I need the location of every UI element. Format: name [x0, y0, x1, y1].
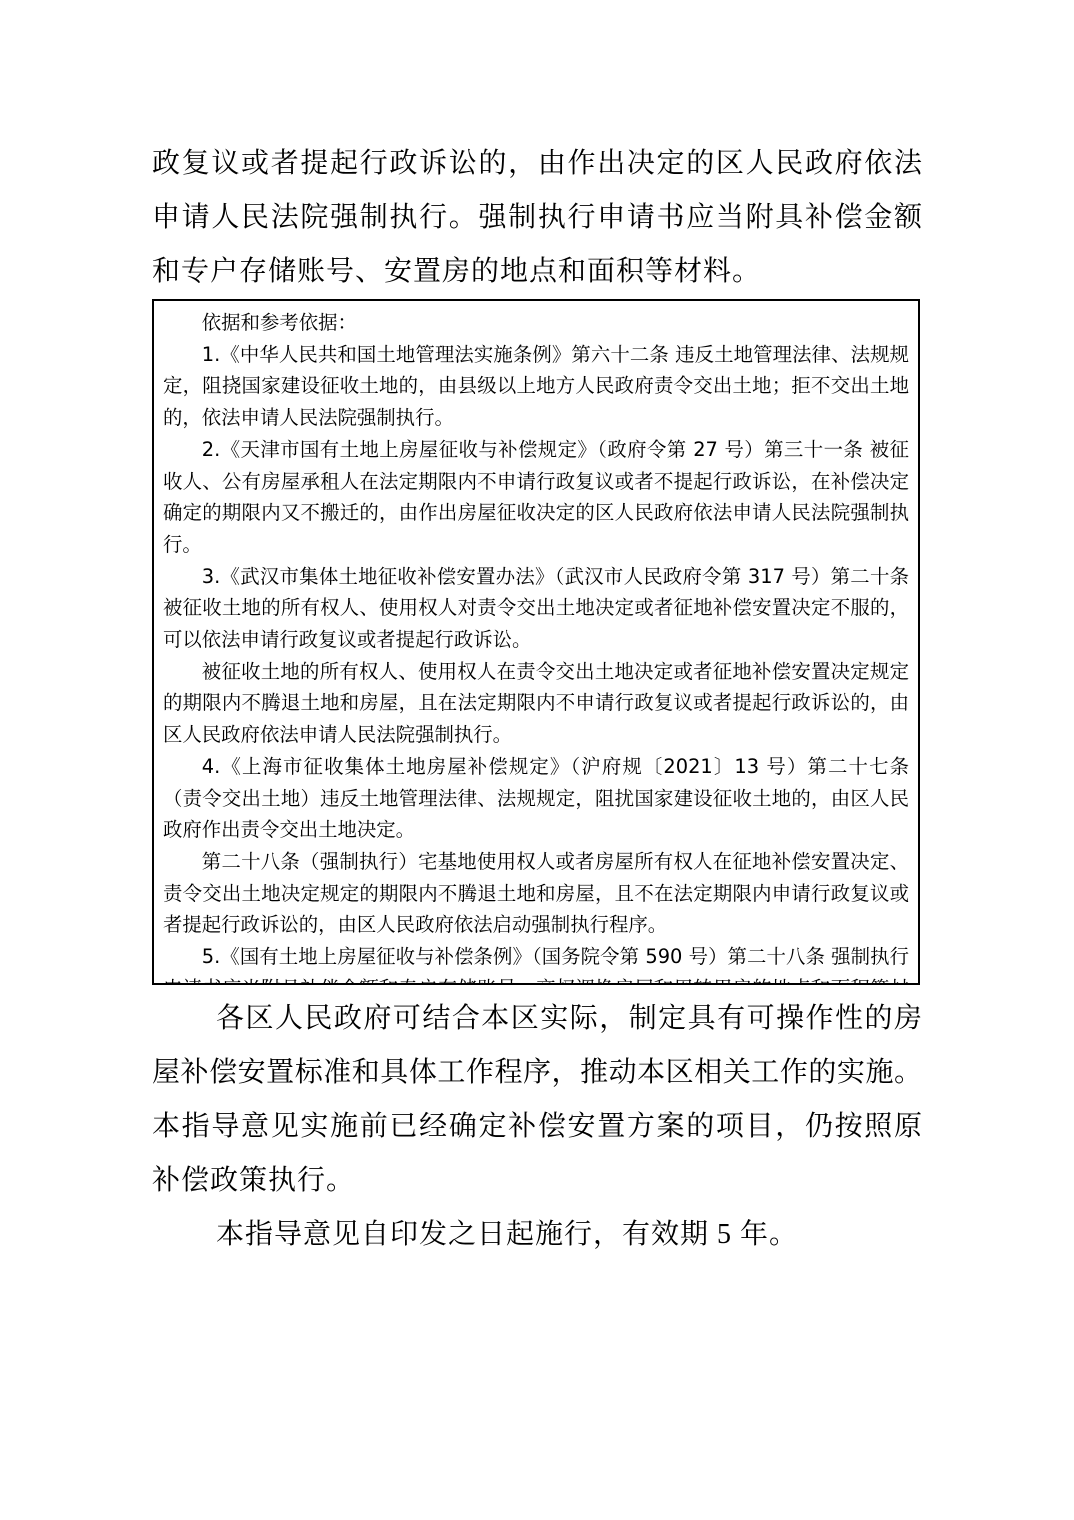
- closing-statement: 本指导意见自印发之日起施行，有效期 5 年。: [152, 1208, 922, 1262]
- reference-item: 5.《国有土地上房屋征收与补偿条例》（国务院令第 590 号）第二十八条 强制执…: [163, 941, 909, 985]
- body-text-line: 本指导意见实施前已经确定补偿安置方案的项目，仍按照原: [152, 1100, 922, 1154]
- body-text-line: 政复议或者提起行政诉讼的，由作出决定的区人民政府依法: [152, 137, 922, 191]
- reference-item: 3.《武汉市集体土地征收补偿安置办法》（武汉市人民政府令第 317 号）第二十条…: [163, 561, 909, 656]
- body-text-line: 补偿政策执行。: [152, 1154, 922, 1208]
- body-text-line: 和专户存储账号、安置房的地点和面积等材料。: [152, 245, 922, 299]
- reference-item: 第二十八条（强制执行）宅基地使用权人或者房屋所有权人在征地补偿安置决定、责令交出…: [163, 846, 909, 941]
- reference-item: 4.《上海市征收集体土地房屋补偿规定》（沪府规〔2021〕13 号）第二十七条 …: [163, 751, 909, 846]
- document-page: 政复议或者提起行政诉讼的，由作出决定的区人民政府依法 申请人民法院强制执行。强制…: [0, 0, 1074, 1520]
- reference-box: 依据和参考依据： 1.《中华人民共和国土地管理法实施条例》第六十二条 违反土地管…: [152, 299, 920, 985]
- body-text-line: 申请人民法院强制执行。强制执行申请书应当附具补偿金额: [152, 191, 922, 245]
- reference-item: 1.《中华人民共和国土地管理法实施条例》第六十二条 违反土地管理法律、法规规定，…: [163, 339, 909, 434]
- closing-paragraphs: 各区人民政府可结合本区实际，制定具有可操作性的房 屋补偿安置标准和具体工作程序，…: [152, 992, 922, 1262]
- top-paragraph: 政复议或者提起行政诉讼的，由作出决定的区人民政府依法 申请人民法院强制执行。强制…: [152, 137, 922, 299]
- body-text-line: 各区人民政府可结合本区实际，制定具有可操作性的房: [152, 992, 922, 1046]
- reference-box-heading: 依据和参考依据：: [163, 307, 909, 339]
- reference-item: 被征收土地的所有权人、使用权人在责令交出土地决定或者征地补偿安置决定规定的期限内…: [163, 656, 909, 751]
- reference-item: 2.《天津市国有土地上房屋征收与补偿规定》（政府令第 27 号）第三十一条 被征…: [163, 434, 909, 561]
- body-text-line: 屋补偿安置标准和具体工作程序，推动本区相关工作的实施。: [152, 1046, 922, 1100]
